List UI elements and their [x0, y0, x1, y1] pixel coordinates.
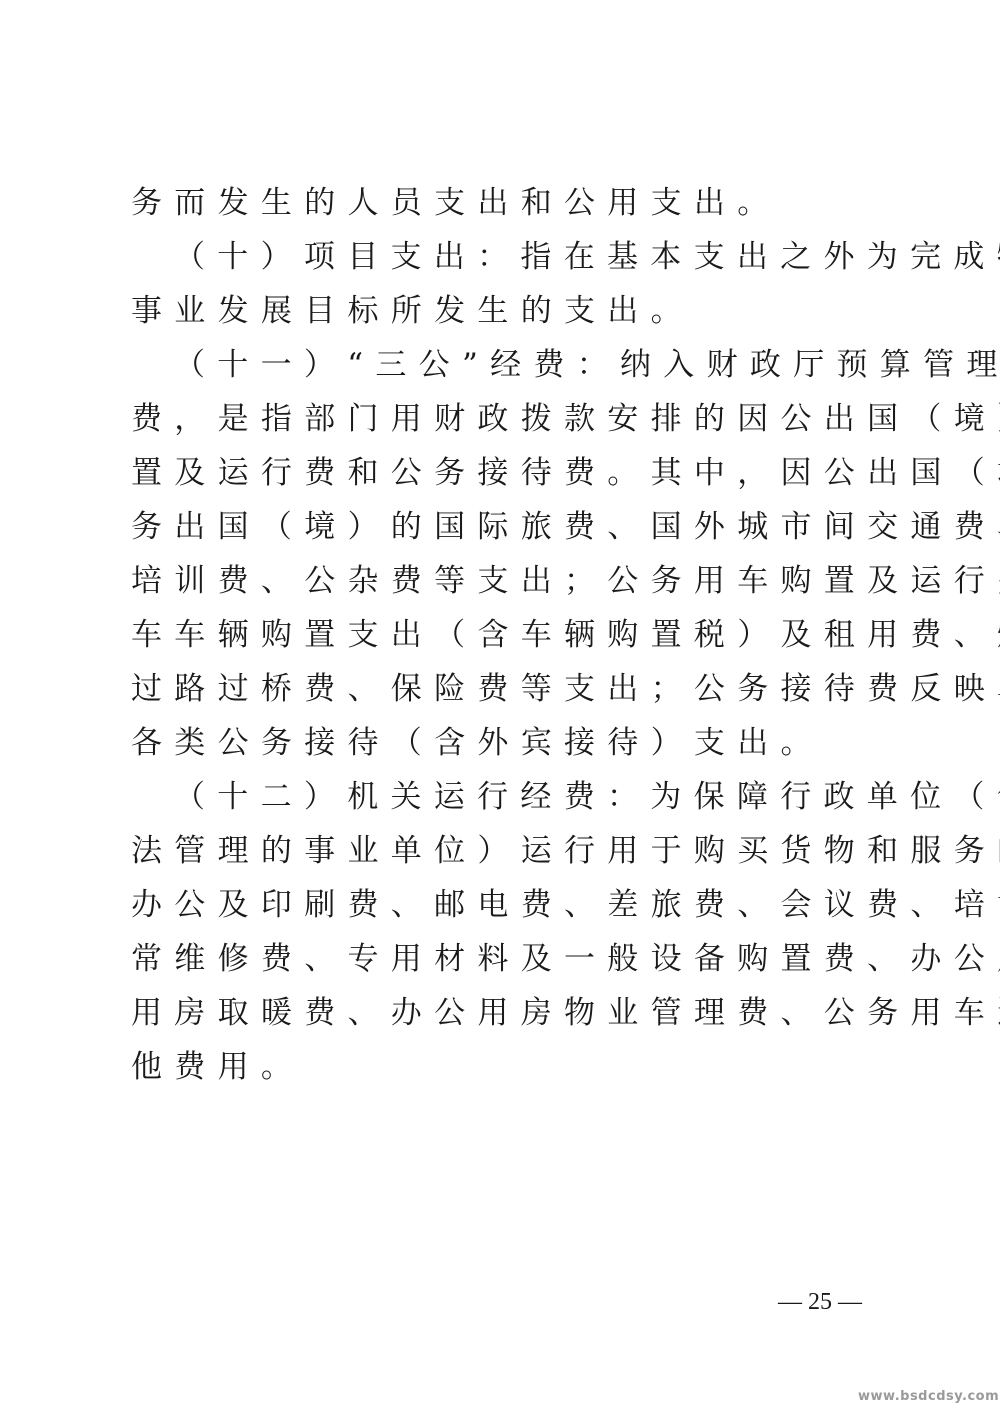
text-line: 培训费、公杂费等支出；公务用车购置及运行费反映单位公务用	[131, 561, 876, 601]
paragraph-10-start: （十）项目支出：指在基本支出之外为完成特定行政任务和	[174, 237, 876, 277]
text-line: 务而发生的人员支出和公用支出。	[131, 183, 876, 223]
text-line: 常维修费、专用材料及一般设备购置费、办公用房水电费、办公	[131, 939, 876, 979]
text-line: 用房取暖费、办公用房物业管理费、公务用车运行维护费以及其	[131, 993, 876, 1033]
text-line: 务出国（境）的国际旅费、国外城市间交通费、住宿费、伙食费、	[131, 507, 876, 547]
text-line: 事业发展目标所发生的支出。	[131, 291, 876, 331]
text-line: 车车辆购置支出（含车辆购置税）及租用费、燃料费、维修费、	[131, 615, 876, 655]
text-line: 费，是指部门用财政拨款安排的因公出国（境）费、公务用车购	[131, 399, 876, 439]
paragraph-12-start: （十二）机关运行经费：为保障行政单位（包括参照公务员	[174, 777, 876, 817]
page-number: — 25 —	[778, 1287, 862, 1317]
text-line: 过路过桥费、保险费等支出；公务接待费反映单位按规定开支的	[131, 669, 876, 709]
document-page: 务而发生的人员支出和公用支出。 （十）项目支出：指在基本支出之外为完成特定行政任…	[0, 0, 1000, 1415]
watermark: www.bsdcdsy.com	[858, 1389, 999, 1405]
text-line: 置及运行费和公务接待费。其中，因公出国（境）费反映单位公	[131, 453, 876, 493]
paragraph-11-start: （十一）“三公”经费：纳入财政厅预算管理的“三公”经	[174, 345, 876, 385]
text-line: 他费用。	[131, 1047, 876, 1087]
text-line: 各类公务接待（含外宾接待）支出。	[131, 723, 876, 763]
text-line: 办公及印刷费、邮电费、差旅费、会议费、培训费、福利费、日	[131, 885, 876, 925]
text-line: 法管理的事业单位）运行用于购买货物和服务的各项资金，包括	[131, 831, 876, 871]
